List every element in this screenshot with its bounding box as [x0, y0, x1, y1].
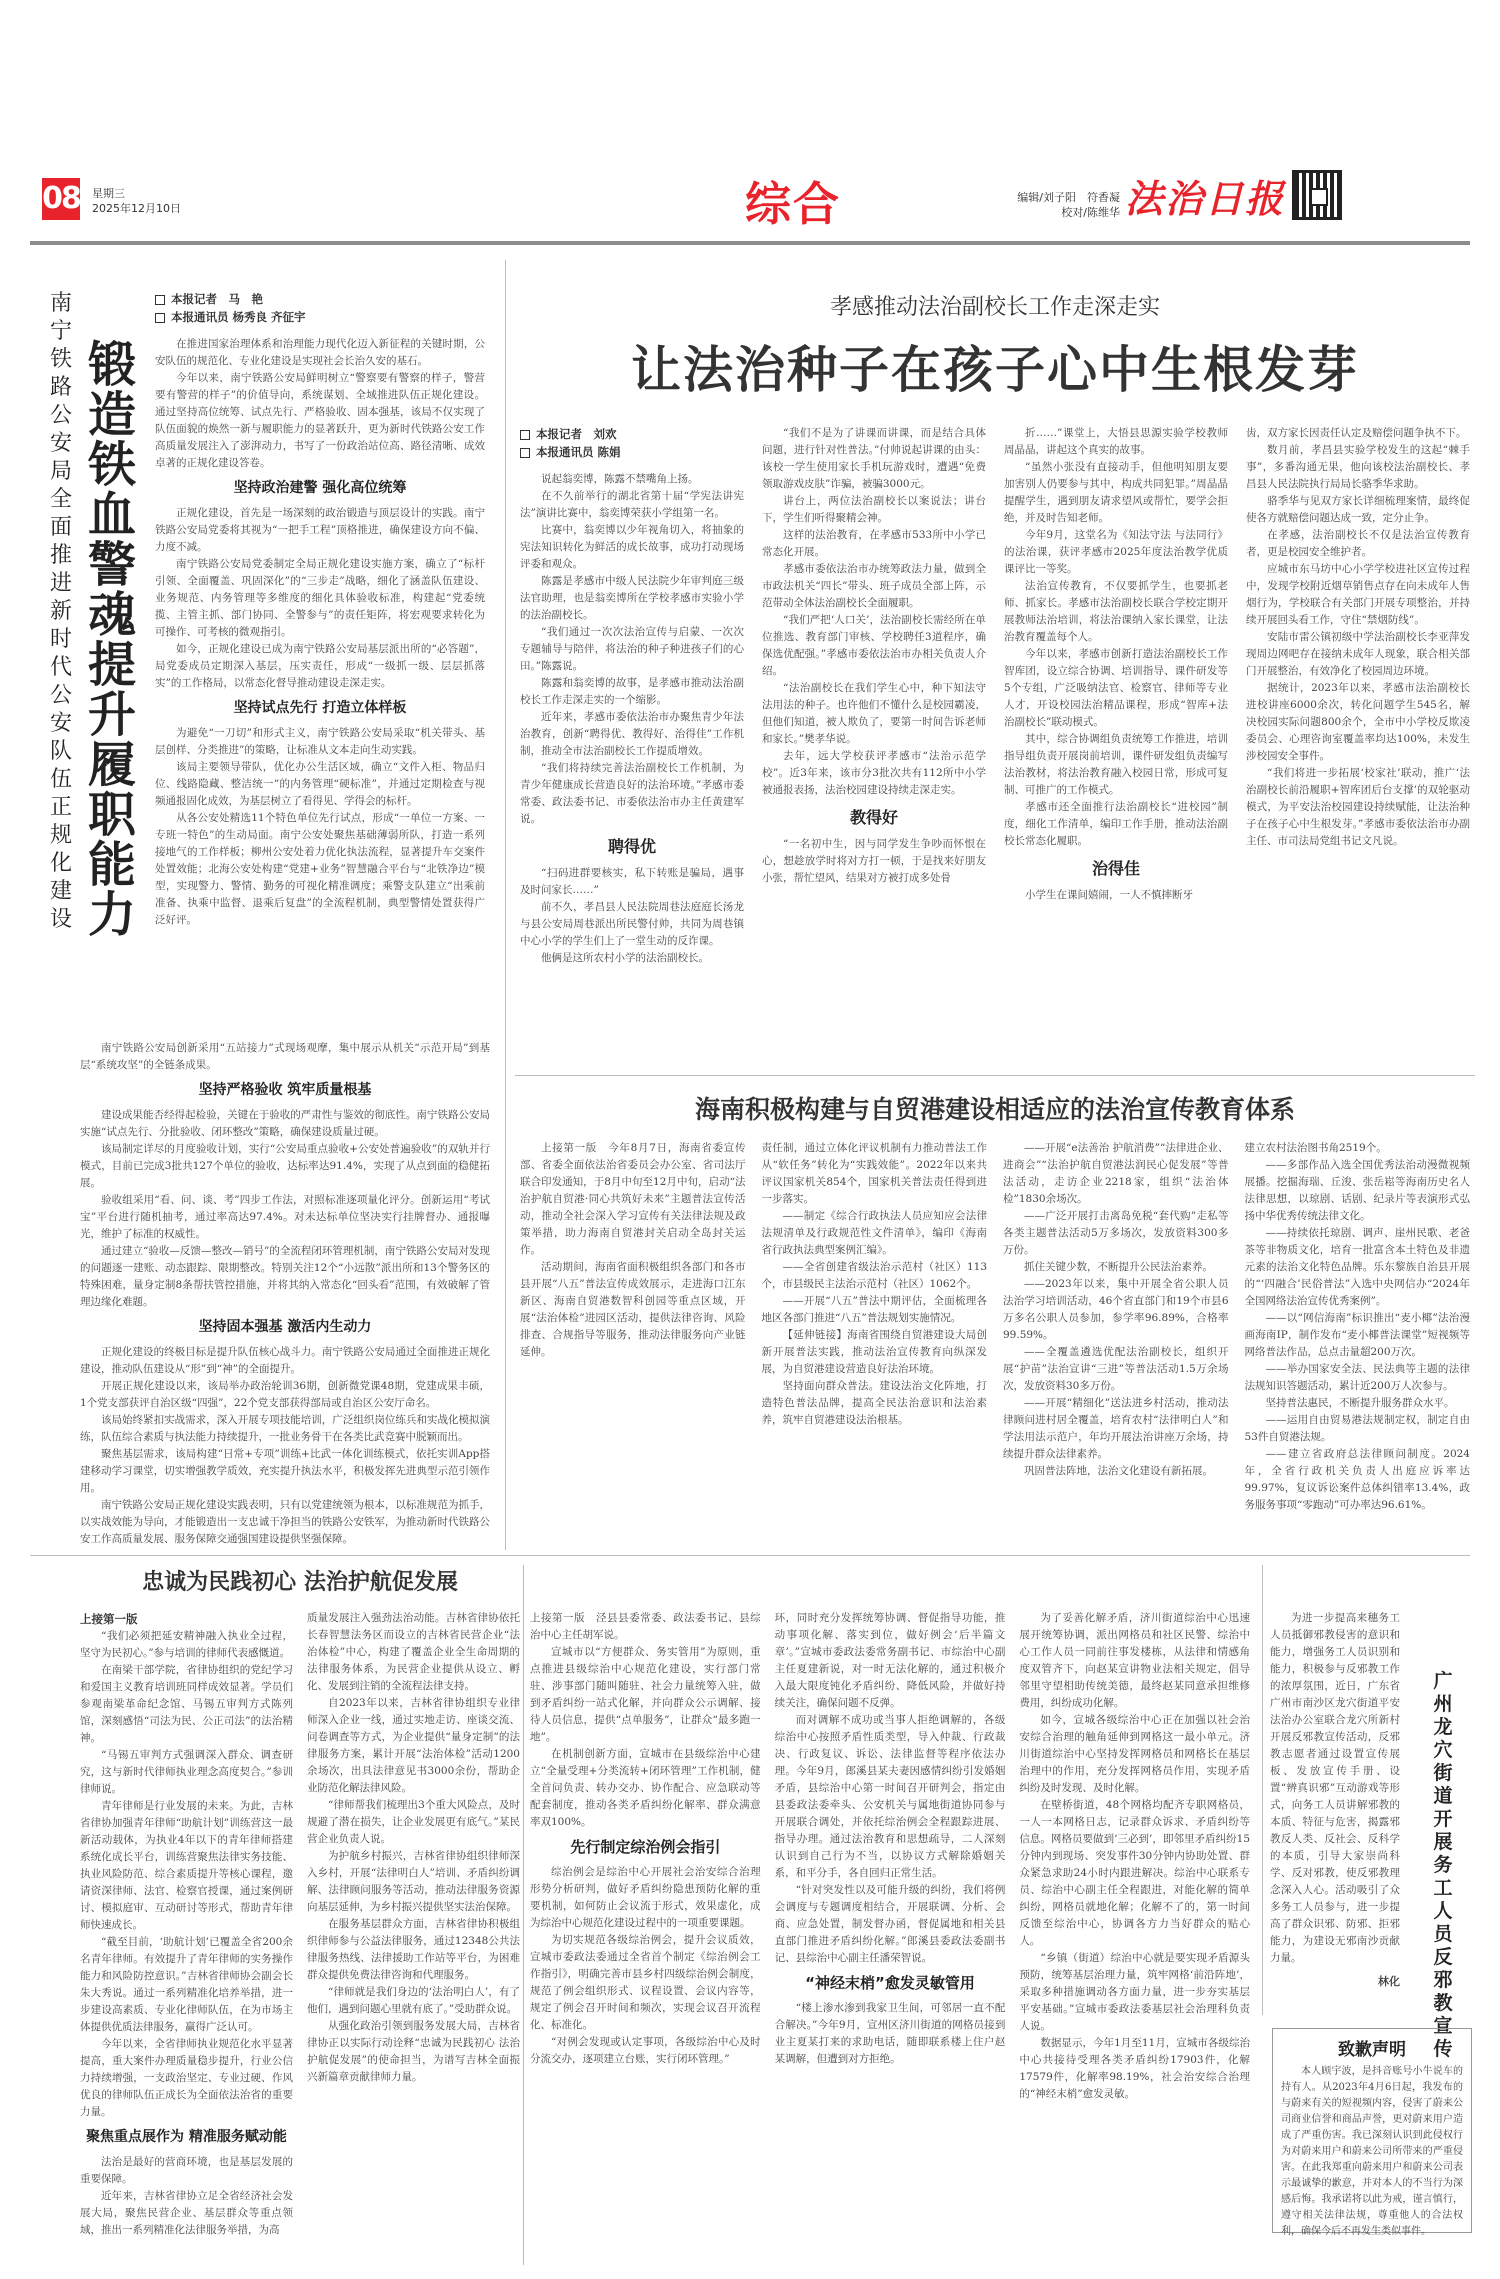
story5-col-1: 上接第一版 泾县县委常委、政法委书记、县综治中心主任胡军说。 宣城市以“方便群众… — [530, 1610, 761, 2270]
paragraph: 在壁桥街道，48个网格均配齐专职网格员，一人一本网格日志，记录群众诉求、矛盾纠纷… — [1019, 1797, 1250, 1950]
story2-col-1: 本报记者 刘欢 本报通讯员 陈娟 说起翁奕博，陈露不禁嘴角上扬。 在不久前举行的… — [520, 425, 744, 1055]
paragraph: 讲台上，两位法治副校长以案说法；讲台下，学生们听得聚精会神。 — [762, 493, 986, 527]
paragraph: 近年来，孝感市委依法治市办聚焦青少年法治教育，创新“聘得优、教得好、治得佳”工作… — [520, 709, 744, 760]
paragraph: 近年来，吉林省律协立足全省经济社会发展大局，聚焦民营企业、基层群众等重点领域，推… — [80, 2188, 293, 2239]
paragraph: 今年以来，孝感市创新打造法治副校长工作智库团，设立综合协调、培训指导、课件研发等… — [1004, 646, 1228, 731]
story3-headline: 海南积极构建与自贸港建设相适应的法治宣传教育体系 — [520, 1090, 1470, 1126]
story2-col-2: “我们不是为了讲课而讲课，而是结合具体问题，进行针对性普法。”付帅说起讲课的由头… — [762, 425, 986, 1055]
paragraph: 如今，正规化建设已成为南宁铁路公安局基层派出所的“必答题”，局党委成员定期深入基… — [155, 641, 485, 692]
paragraph: 如今，宣城各级综治中心正在加强以社会治安综合治理的触角延伸到网格这一最小单元。济… — [1019, 1712, 1250, 1797]
qr-code-icon[interactable] — [1292, 170, 1342, 220]
paragraph: 陈露和翁奕博的故事，是孝感市推动法治副校长工作走深走实的一个缩影。 — [520, 675, 744, 709]
paragraph: 该局制定详尽的月度验收计划，实行“公安局重点验收+公安处普遍验收”的双轨并行模式… — [80, 1141, 490, 1192]
paragraph: 今年以来，南宁铁路公安局鲜明树立“警察要有警察的样子，警营要有警营的样子”的价值… — [155, 370, 485, 472]
paragraph: 法治是最好的营商环境，也是基层发展的重要保障。 — [80, 2154, 293, 2188]
notice-title: 致歉声明 — [1281, 2035, 1463, 2060]
paragraph: 在南梁干部学院，省律协组织的党纪学习和爱国主义教育培训班同样成效显著。学员们参观… — [80, 1662, 293, 1747]
paragraph: 开展正规化建设以来，该局举办政治轮训36期，创新微党课48期，党建成果丰硕，1个… — [80, 1378, 490, 1412]
paragraph: ——以“网信海南”标识推出“麦小椰”法治漫画海南IP，制作发布“麦小椰普法课堂”… — [1245, 1310, 1471, 1361]
paragraph: ——开展“e法善治 护航消费”“法律进企业、进商会”“法治护航自贸港法润民心促发… — [1003, 1140, 1229, 1208]
weekday: 星期三 — [92, 186, 181, 201]
subheading: 聚焦重点展作为 精准服务赋动能 — [80, 2129, 293, 2146]
paragraph: ——广泛开展打击离岛免税“套代购”走私等各类主题普法活动5万多场次，发放资料30… — [1003, 1208, 1229, 1259]
newspaper-page: 08 星期三 2025年12月10日 综合 编辑/刘子阳 符香凝 校对/陈维华 … — [0, 0, 1500, 2279]
story3-col-3: ——开展“e法善治 护航消费”“法律进企业、进商会”“法治护航自贸港法润民心促发… — [1003, 1140, 1229, 1580]
story4-col-1: 上接第一版 “我们必须把延安精神融入执业全过程，坚守为民初心。”参与培训的律师代… — [80, 1610, 293, 2270]
byline-box-icon — [155, 313, 165, 323]
paragraph: 为进一步提高来穗务工人员抵御邪教侵害的意识和能力，增强务工人员识别和能力，积极参… — [1270, 1610, 1400, 1967]
paragraph: 数据显示，今年1月至11月，宣城市各级综治中心共接待受理各类矛盾纠纷17903件… — [1019, 2035, 1250, 2103]
story6-headline: 广州龙穴街道开展务工人员反邪教宣传 — [1430, 1670, 1456, 2061]
story2-kicker: 孝感推动法治副校长工作走深走实 — [520, 290, 1470, 321]
paragraph: ——多部作品入选全国优秀法治动漫微视频展播。挖掘海瑞、丘浚、张岳崧等海南历史名人… — [1245, 1157, 1471, 1225]
paragraph: ——开展“精细化”送法进乡村活动，推动法律顾问进村居全覆盖，培育农村“法律明白人… — [1003, 1395, 1229, 1463]
story2-col-4: 齿，双方家长因责任认定及赔偿问题争执不下。 数月前，孝昌县实验学校发生的这起“棘… — [1246, 425, 1470, 1055]
paragraph: 在不久前举行的湖北省第十届“学宪法讲宪法”演讲比赛中，翁奕博荣获小学组第一名。 — [520, 488, 744, 522]
notice-body: 本人顾宇波，是抖音账号小牛说车的持有人。从2023年4月6日起，我发布的与蔚来有… — [1281, 2064, 1463, 2240]
story4-columns: 上接第一版 “我们必须把延安精神融入执业全过程，坚守为民初心。”参与培训的律师代… — [80, 1610, 520, 2270]
paragraph: 质量发展注入强劲法治动能。吉林省律协依托长春智慧法务区而设立的吉林省民营企业“法… — [307, 1610, 520, 1695]
paragraph: ——全省创建省级法治示范村（社区）113个，市县级民主法治示范村（社区）1062… — [762, 1259, 988, 1293]
subheading: 坚持试点先行 打造立体样板 — [155, 700, 485, 717]
subheading: 治得佳 — [1004, 860, 1228, 877]
subheading: 坚持固本强基 激活内生动力 — [80, 1319, 490, 1336]
paragraph: 通过建立“验收—反馈—整改—销号”的全流程闭环管理机制，南宁铁路公安局对发现的问… — [80, 1243, 490, 1311]
paragraph: 孝感市委依法治市办统筹政法力量，做到全市政法机关“四长”带头、班子成员全部上阵，… — [762, 561, 986, 612]
paragraph: “我们通过一次次法治宣传与启蒙、一次次专题辅导与陪伴，将法治的种子种进孩子们的心… — [520, 624, 744, 675]
paragraph: “律师就是我们身边的‘法治明白人’，有了他们，遇到问题心里就有底了。”受助群众说… — [307, 1984, 520, 2018]
header-rule — [30, 241, 1470, 245]
paragraph: 在服务基层群众方面，吉林省律协积极组织律师参与公益法律服务，通过12348公共法… — [307, 1916, 520, 1984]
paragraph: ——举办国家安全法、民法典等主题的法律法规知识答题活动，累计近200万人次参与。 — [1245, 1361, 1471, 1395]
paragraph: 正规化建设的终极目标是提升队伍核心战斗力。南宁铁路公安局通过全面推进正规化建设，… — [80, 1344, 490, 1378]
paragraph: “扫码进群要核实，私下转账是骗局，遇事及时问家长……” — [520, 865, 744, 899]
paragraph: 上接第一版 今年8月7日，海南省委宣传部、省委全面依法治省委员会办公室、省司法厅… — [520, 1140, 746, 1259]
paragraph: ——全覆盖遴选优配法治副校长，组织开展“护苗”法治宣讲“三进”等普法活动1.5万… — [1003, 1344, 1229, 1395]
column-divider — [523, 1565, 524, 2265]
paragraph: 其中，综合协调组负责统筹工作推进，培训指导组负责开展岗前培训，课件研发组负责编写… — [1004, 731, 1228, 799]
paragraph: ——2023年以来，集中开展全省公职人员法治学习培训活动，46个省直部门和19个… — [1003, 1276, 1229, 1344]
paragraph: “对例会发现或认定事项，各级综治中心及时分流交办，逐项建立台账，实行闭环管理。” — [530, 2034, 761, 2068]
paragraph: 在机制创新方面，宣城市在县级综治中心建立“全量受理+分类流转+闭环管理”工作机制… — [530, 1746, 761, 1831]
column-divider — [1262, 1565, 1263, 2015]
paragraph: 验收组采用“看、问、谈、考”四步工作法，对照标准逐项量化评分。创新运用“考试宝”… — [80, 1192, 490, 1243]
apology-notice: 致歉声明 本人顾宇波，是抖音账号小牛说车的持有人。从2023年4月6日起，我发布… — [1272, 2028, 1472, 2233]
paragraph: 建设成果能否经得起检验，关键在于验收的严肃性与鉴效的彻底性。南宁铁路公安局实施“… — [80, 1107, 490, 1141]
newspaper-logo: 法治日报 — [1125, 168, 1285, 223]
byline: 本报通讯员 陈娟 — [520, 443, 744, 461]
paragraph: 坚持普法惠民，不断提升服务群众水平。 — [1245, 1395, 1471, 1412]
paragraph: 南宁铁路公安局党委制定全局正规化建设实施方案，确立了“标杆引领、全面覆盖、巩固深… — [155, 556, 485, 641]
paragraph: 聚焦基层需求，该局构建“日常+专项”训练+比武一体化训练模式，依托实训App搭建… — [80, 1446, 490, 1497]
paragraph: 责任制，通过立体化评议机制有力推动普法工作从“软任务”转化为“实践效能”。202… — [762, 1140, 988, 1208]
byline: 本报记者 马 艳 — [155, 290, 485, 308]
paragraph: 为护航乡村振兴，吉林省律协组织律师深入乡村，开展“法律明白人”培训、矛盾纠纷调解… — [307, 1848, 520, 1916]
story5-col-3: 为了妥善化解矛盾，济川街道综治中心迅速展开统筹协调，派出网格员和社区民警、综治中… — [1019, 1610, 1250, 2270]
paragraph: “楼上渗水渗到我家卫生间，可邻居一直不配合解决。”今年9月，宣州区济川街道的网格… — [775, 2000, 1006, 2068]
continued-from-label: 上接第一版 — [80, 1610, 293, 1628]
paragraph: 在推进国家治理体系和治理能力现代化迈入新征程的关键时期，公安队伍的规范化、专业化… — [155, 336, 485, 370]
date-block: 星期三 2025年12月10日 — [92, 186, 181, 216]
subheading: 聘得优 — [520, 838, 744, 855]
paragraph: 齿，双方家长因责任认定及赔偿问题争执不下。 — [1246, 425, 1470, 442]
paragraph: 该局始终紧扣实战需求，深入开展专项技能培训，广泛组织岗位练兵和实战化模拟演练，队… — [80, 1412, 490, 1446]
paragraph: 陈露是孝感市中级人民法院少年审判庭三级法官助理，也是翁奕博所在学校孝感市实验小学… — [520, 573, 744, 624]
paragraph: 坚持面向群众普法。建设法治文化阵地，打造特色普法品牌，提高全民法治意识和法治素养… — [762, 1378, 988, 1429]
paragraph: 青年律师是行业发展的未来。为此，吉林省律协加强青年律师“助航计划”训练营这一最新… — [80, 1798, 293, 1934]
section-title: 综合 — [745, 168, 841, 234]
paragraph: “我们严把‘人口关’，法治副校长需经所在单位推选、教育部门审核、学校聘任3道程序… — [762, 612, 986, 680]
editors: 编辑/刘子阳 符香凝 — [970, 190, 1120, 205]
paragraph: “我们必须把延安精神融入执业全过程，坚守为民初心。”参与培训的律师代表感慨道。 — [80, 1628, 293, 1662]
paragraph: 该局主要领导带队，优化办公生活区域，确立“文件入柜、物品归位、线路隐藏、整洁统一… — [155, 759, 485, 810]
byline-box-icon — [520, 448, 530, 458]
paragraph: 在孝感，法治副校长不仅是法治宣传教育者，更是校园安全维护者。 — [1246, 527, 1470, 561]
story5-col-2: 环，同时充分发挥统筹协调、督促指导功能，推动事项化解、落实到位，做好例会‘后半篇… — [775, 1610, 1006, 2270]
paragraph: 数月前，孝昌县实验学校发生的这起“棘手事”，多番沟通无果，他向该校法治副校长、孝… — [1246, 442, 1470, 493]
editor-credits: 编辑/刘子阳 符香凝 校对/陈维华 — [970, 190, 1120, 220]
paragraph: ——制定《综合行政执法人员应知应会法律法规清单及行政规范性文件清单》，编印《海南… — [762, 1208, 988, 1259]
paragraph: 【延伸链接】海南省围绕自贸港建设大局创新开展普法实践，推动法治宣传教育向纵深发展… — [762, 1327, 988, 1378]
paragraph: 而对调解不成功或当事人拒绝调解的，各级综治中心按照矛盾性质类型，导入仲裁、行政裁… — [775, 1712, 1006, 1882]
paragraph: “截至目前，‘助航计划’已覆盖全省200余名青年律师。有效提升了青年律师的实务操… — [80, 1934, 293, 2036]
paragraph: 南宁铁路公安局正规化建设实践表明，只有以党建统领为根本，以标准规范为抓手，以实战… — [80, 1497, 490, 1548]
paragraph: ——建立省政府总法律顾问制度。2024年，全省行政机关负责人出庭应诉率达99.9… — [1245, 1446, 1471, 1514]
paragraph: 去年，远大学校获评孝感市“法治示范学校”。近3年来，该市分3批次共有112所中小… — [762, 748, 986, 799]
paragraph: “我们将进一步拓展‘校家社’联动，推广‘法治副校长前沿履职+智库团后台支撑’的双… — [1246, 765, 1470, 850]
paragraph: 正规化建设，首先是一场深刻的政治锻造与顶层设计的实践。南宁铁路公安局党委将其视为… — [155, 505, 485, 556]
subheading: “神经末梢”愈发灵敏管用 — [775, 1975, 1006, 1992]
paragraph: 巩固普法阵地，法治文化建设有新拓展。 — [1003, 1463, 1229, 1480]
paragraph: 折……”课堂上，大悟县思源实验学校教师周晶晶，讲起这个真实的故事。 — [1004, 425, 1228, 459]
paragraph: 他俩是这所农村小学的法治副校长。 — [520, 950, 744, 967]
page-number-badge: 08 — [42, 178, 80, 220]
masthead: 08 星期三 2025年12月10日 综合 编辑/刘子阳 符香凝 校对/陈维华 … — [20, 160, 1490, 230]
paragraph: 自2023年以来，吉林省律协组织专业律师深入企业一线，通过实地走访、座谈交流、问… — [307, 1695, 520, 1797]
issue-date: 2025年12月10日 — [92, 201, 181, 216]
paragraph: 应城市东马坊中心小学学校进社区宣传过程中，发现学校附近烟草销售点存在向未成年人售… — [1246, 561, 1470, 629]
paragraph: 安陆市雷公镇初级中学法治副校长李亚萍发现周边网吧存在接纳未成年人现象，联合相关部… — [1246, 629, 1470, 680]
story2-col-3: 折……”课堂上，大悟县思源实验学校教师周晶晶，讲起这个真实的故事。 “虽然小张没… — [1004, 425, 1228, 1055]
story5-columns: 上接第一版 泾县县委常委、政法委书记、县综治中心主任胡军说。 宣城市以“方便群众… — [530, 1610, 1250, 2270]
paragraph: ——运用自由贸易港法规制定权，制定自由53件自贸港法规。 — [1245, 1412, 1471, 1446]
paragraph: 宣城市以“方便群众、务实管用”为原则，重点推进县级综治中心规范化建设，实行部门常… — [530, 1644, 761, 1746]
paragraph: 比赛中，翁奕博以少年视角切入，将抽象的宪法知识转化为鲜活的成长故事，成功打动现场… — [520, 522, 744, 573]
paragraph: 从各公安处精选11个特色单位先行试点，形成“一单位一方案、一专班一特色”的生动局… — [155, 810, 485, 929]
paragraph: 小学生在课间嬉闹，一人不慎摔断牙 — [1004, 887, 1228, 904]
byline-box-icon — [520, 430, 530, 440]
paragraph: 上接第一版 泾县县委常委、政法委书记、县综治中心主任胡军说。 — [530, 1610, 761, 1644]
section-divider — [30, 1555, 1470, 1556]
byline: 本报通讯员 杨秀良 齐征宇 — [155, 308, 485, 326]
section-divider — [515, 1075, 1475, 1076]
paragraph: 从强化政治引领到服务发展大局，吉林省律协正以实际行动诠释“忠诚为民践初心 法治护… — [307, 2018, 520, 2086]
paragraph: 这样的法治教育，在孝感市533所中小学已常态化开展。 — [762, 527, 986, 561]
story3-col-4: 建立农村法治图书角2519个。 ——多部作品入选全国优秀法治动漫微视频展播。挖掘… — [1245, 1140, 1471, 1580]
paragraph: 法治宣传教育，不仅要抓学生，也要抓老师、抓家长。孝感市法治副校长联合学校定期开展… — [1004, 578, 1228, 646]
story2-columns: 本报记者 刘欢 本报通讯员 陈娟 说起翁奕博，陈露不禁嘴角上扬。 在不久前举行的… — [520, 425, 1470, 1055]
paragraph: “马锡五审判方式强调深入群众、调查研究，这与新时代律师执业理念高度契合。”参训律… — [80, 1747, 293, 1798]
story2-headline: 让法治种子在孩子心中生根发芽 — [520, 330, 1470, 402]
story4-headline: 忠诚为民践初心 法治护航促发展 — [80, 1565, 520, 1596]
paragraph: “一名初中生，因与同学发生争吵而怀恨在心，想趁放学时将对方打一顿，于是找来好朋友… — [762, 836, 986, 887]
paragraph: ——持续依托琼剧、调声、崖州民歌、老爸茶等非物质文化，培育一批富含本土特色及非遗… — [1245, 1225, 1471, 1310]
story1-body-bottom: 南宁铁路公安局创新采用“五站接力”式现场观摩，集中展示从机关“示范开局”到基层“… — [80, 1040, 490, 1548]
proofreader: 校对/陈维华 — [970, 205, 1120, 220]
story3-col-2: 责任制，通过立体化评议机制有力推动普法工作从“软任务”转化为“实践效能”。202… — [762, 1140, 988, 1580]
paragraph: “乡镇（街道）综治中心就是要实现矛盾源头预防，统筹基层治理力量，筑牢网格‘前沿阵… — [1019, 1950, 1250, 2035]
paragraph: 今年以来，全省律师执业规范化水平显著提高，重大案件办理质量稳步提升，行业公信力持… — [80, 2036, 293, 2121]
story4-col-2: 质量发展注入强劲法治动能。吉林省律协依托长春智慧法务区而设立的吉林省民营企业“法… — [307, 1610, 520, 2270]
story1-body-top: 本报记者 马 艳 本报通讯员 杨秀良 齐征宇 在推进国家治理体系和治理能力现代化… — [155, 290, 485, 929]
story6-body: 为进一步提高来穗务工人员抵御邪教侵害的意识和能力，增强务工人员识别和能力，积极参… — [1270, 1610, 1400, 1990]
paragraph: 孝感市还全面推行法治副校长“进校园”制度，细化工作清单，编印工作手册，推动法治副… — [1004, 799, 1228, 850]
paragraph: 说起翁奕博，陈露不禁嘴角上扬。 — [520, 471, 744, 488]
paragraph: “律师帮我们梳理出3个重大风险点，及时规避了潜在损失，让企业发展更有底气。”某民… — [307, 1797, 520, 1848]
author: 林化 — [1270, 1973, 1400, 1990]
subheading: 教得好 — [762, 809, 986, 826]
paragraph: 为了妥善化解矛盾，济川街道综治中心迅速展开统筹协调，派出网格员和社区民警、综治中… — [1019, 1610, 1250, 1712]
paragraph: “虽然小张没有直接动手，但他明知朋友要加害别人仍要参与其中，构成共同犯罪。”周晶… — [1004, 459, 1228, 527]
byline: 本报记者 刘欢 — [520, 425, 744, 443]
paragraph: 今年9月，这堂名为《知法守法 与法同行》的法治课，获评孝感市2025年度法治教学… — [1004, 527, 1228, 578]
paragraph: 活动期间，海南省面积极组织各部门和各市县开展“八五”普法宣传成效展示，走进海口江… — [520, 1259, 746, 1361]
paragraph: “针对突发性以及可能升级的纠纷，我们将例会调度与专题调度相结合，开展联调、分析、… — [775, 1882, 1006, 1967]
story1-headline: 锻造铁血警魂提升履职能力 — [82, 340, 142, 940]
paragraph: 综治例会是综治中心开展社会治安综合治理形势分析研判，做好矛盾纠纷隐患预防化解的重… — [530, 1864, 761, 1932]
story3-col-1: 上接第一版 今年8月7日，海南省委宣传部、省委全面依法治省委员会办公室、省司法厅… — [520, 1140, 746, 1580]
paragraph: 据统计，2023年以来，孝感市法治副校长进校讲座6000余次，转化问题学生545… — [1246, 680, 1470, 765]
subheading: 坚持严格验收 筑牢质量根基 — [80, 1082, 490, 1099]
subheading: 先行制定综治例会指引 — [530, 1839, 761, 1856]
subheading: 坚持政治建警 强化高位统筹 — [155, 480, 485, 497]
paragraph: 南宁铁路公安局创新采用“五站接力”式现场观摩，集中展示从机关“示范开局”到基层“… — [80, 1040, 490, 1074]
paragraph: 建立农村法治图书角2519个。 — [1245, 1140, 1471, 1157]
paragraph: 环，同时充分发挥统筹协调、督促指导功能，推动事项化解、落实到位，做好例会‘后半篇… — [775, 1610, 1006, 1712]
paragraph: ——开展“八五”普法中期评估，全面梳理各地区各部门推进“八五”普法规划实施情况。 — [762, 1293, 988, 1327]
paragraph: “我们将持续完善法治副校长工作机制，为青少年健康成长营造良好的法治环境。”孝感市… — [520, 760, 744, 828]
byline-box-icon — [155, 295, 165, 305]
story3-columns: 上接第一版 今年8月7日，海南省委宣传部、省委全面依法治省委员会办公室、省司法厅… — [520, 1140, 1470, 1580]
paragraph: 前不久，孝昌县人民法院周巷法庭庭长汤龙与县公安局周巷派出所民警付帅，共同为周巷镇… — [520, 899, 744, 950]
paragraph: 骆季华与见双方家长详细梳理案情，最终促使各方就赔偿问题达成一致，定分止争。 — [1246, 493, 1470, 527]
paragraph: 为避免“一刀切”和形式主义，南宁铁路公安局采取“机关带头、基层创样、分类推进”的… — [155, 725, 485, 759]
paragraph: “法治副校长在我们学生心中，种下知法守法用法的种子。也许他们不懂什么是校园霸凌，… — [762, 680, 986, 748]
story1-subtitle: 南宁铁路公安局全面推进新时代公安队伍正规化建设 — [48, 290, 74, 934]
column-divider — [505, 260, 506, 1550]
paragraph: 抓住关键少数，不断提升公民法治素养。 — [1003, 1259, 1229, 1276]
paragraph: 为切实规范各级综治例会，提升会议质效，宣城市委政法委通过全省首个制定《综治例会工… — [530, 1932, 761, 2034]
paragraph: “我们不是为了讲课而讲课，而是结合具体问题，进行针对性普法。”付帅说起讲课的由头… — [762, 425, 986, 493]
